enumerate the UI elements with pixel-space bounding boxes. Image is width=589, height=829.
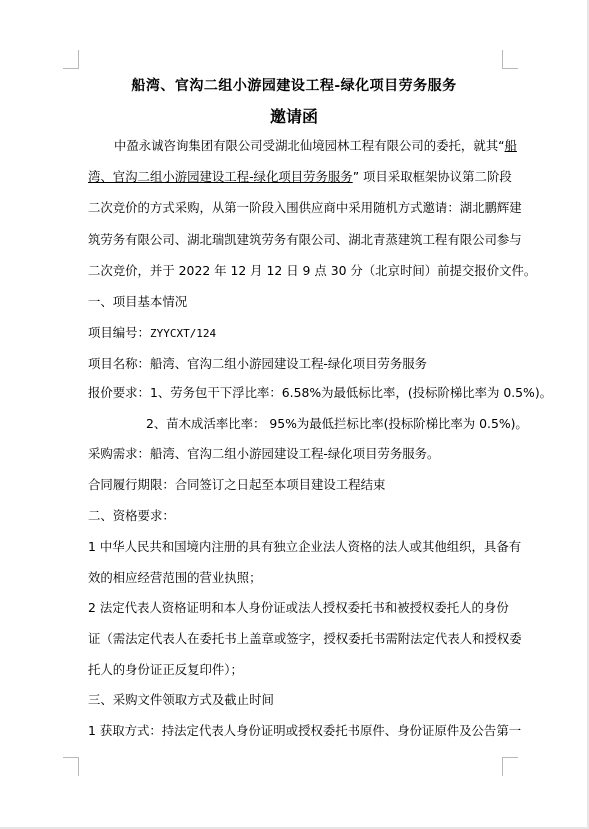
procurement-requirement-row: 采购需求：船湾、官沟二组小游园建设工程-绿化项目劳务服务。 [88,446,439,462]
contract-term-value: 合同签订之日起至本项目建设工程结束 [175,477,386,492]
procurement-requirement-label: 采购需求： [88,446,150,461]
project-name-link: 船 [505,138,517,153]
project-number-label: 项目编号： [88,325,150,340]
qualification-1-line-1: 1 中华人民共和国境内注册的具有独立企业法人资格的法人或其他组织，具备有 [88,539,521,555]
qualification-2-line-3: 托人的身份证正反复印件）； [88,662,243,678]
intro-line-5: 二次竞价，并于 2022 年 12 月 12 日 9 点 30 分（北京时间）前… [88,263,536,279]
intro-line-1: 中盈永诚咨询集团有限公司受湖北仙境园林工程有限公司的委托，就其“船 [88,138,517,154]
contract-term-row: 合同履行期限：合同签订之日起至本项目建设工程结束 [88,477,385,493]
project-name-label: 项目名称： [88,356,150,371]
qualification-2-line-2: 证（需法定代表人在委托书上盖章或签字，授权委托书需附法定代表人和授权委 [88,631,522,647]
project-name-link-cont: 湾、官沟二组小游园建设工程-绿化项目劳务服务 [88,169,353,184]
intro-text: 中盈永诚咨询集团有限公司受湖北仙境园林工程有限公司的委托，就其“ [114,138,505,153]
section-1-heading: 一、项目基本情况 [88,294,187,310]
document-subtitle: 邀请函 [88,104,500,127]
project-name-value: 船湾、官沟二组小游园建设工程-绿化项目劳务服务 [150,356,427,371]
project-number-row: 项目编号：ZYYCXT/124 [88,325,216,342]
section-3-heading: 三、采购文件领取方式及截止时间 [88,692,274,708]
qualification-2-line-1: 2 法定代表人资格证明和本人身份证或法人授权委托书和被授权委托人的身份 [88,600,509,616]
quote-requirement-label: 报价要求： [88,385,150,400]
intro-text: ” 项目采取框架协议第二阶段 [353,169,512,184]
contract-term-label: 合同履行期限： [88,477,175,492]
quote-requirement-1: 1、劳务包干下浮比率：6.58%为最低标比率，(投标阶梯比率为 0.5%)。 [150,385,552,400]
margin-corner-mark-bottom-left [63,757,79,776]
section-2-heading: 二、资格要求： [88,508,175,524]
project-name-row: 项目名称：船湾、官沟二组小游园建设工程-绿化项目劳务服务 [88,356,427,372]
qualification-1-line-2: 效的相应经营范围的营业执照； [88,570,261,586]
margin-corner-mark-bottom-right [502,757,518,776]
project-number-value: ZYYCXT/124 [150,327,216,340]
intro-line-2: 湾、官沟二组小游园建设工程-绿化项目劳务服务” 项目采取框架协议第二阶段 [88,169,512,185]
quote-requirement-row-1: 报价要求：1、劳务包干下浮比率：6.58%为最低标比率，(投标阶梯比率为 0.5… [88,385,552,401]
margin-corner-mark-top-left [63,50,79,69]
procurement-requirement-value: 船湾、官沟二组小游园建设工程-绿化项目劳务服务。 [150,446,439,461]
acquisition-method-line-1: 1 获取方式：持法定代表人身份证明或授权委托书原件、身份证原件及公告第一 [88,723,521,739]
quote-requirement-2: 2、苗木成活率比率： 95%为最低拦标比率(投标阶梯比率为 0.5%)。 [146,416,528,432]
intro-line-3: 二次竞价的方式采购，从第一阶段入围供应商中采用随机方式邀请：湖北鹏辉建 [88,200,522,216]
document-title: 船湾、官沟二组小游园建设工程-绿化项目劳务服务 [88,75,500,95]
intro-line-4: 筑劳务有限公司、湖北瑞凯建筑劳务有限公司、湖北青蒸建筑工程有限公司参与 [88,232,522,248]
margin-corner-mark-top-right [502,50,518,69]
